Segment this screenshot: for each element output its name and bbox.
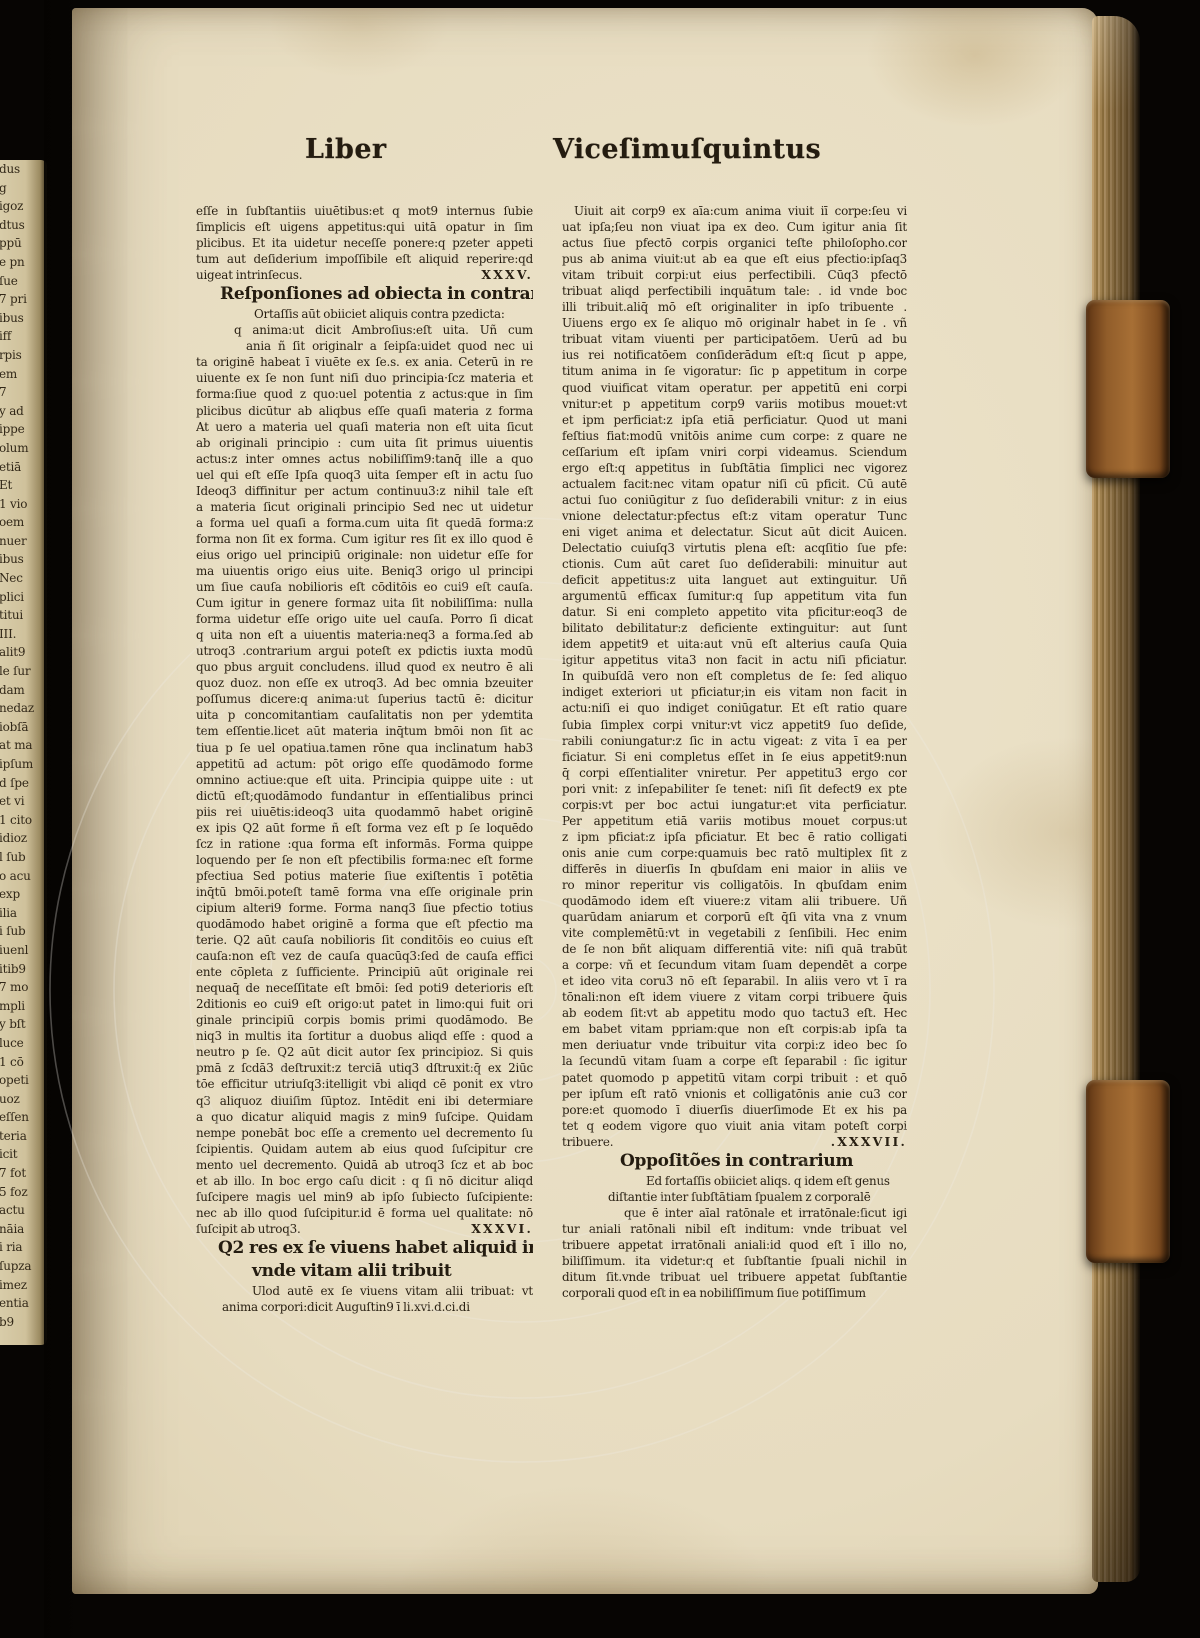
text-line-content: uigeat intrinſecus.	[196, 267, 302, 283]
text-line: ente cōpleta z ſufficiente. Principiū aū…	[196, 964, 533, 980]
text-line: ficiatur. Si eni completus eſſet in ſe e…	[562, 749, 907, 765]
facing-page-text-fragment: 1 cō	[0, 1053, 47, 1072]
text-line: ab originali principio : cum uita ſit pr…	[196, 435, 533, 451]
facing-page-text-fragment: g	[0, 179, 47, 198]
text-line: dictū eſt;quodāmodo fundantur in eſſenti…	[196, 788, 533, 804]
book-page: Liber Viceſimuſquintus eſſe in ſubſtanti…	[72, 8, 1098, 1594]
text-line: tōe efficitur utriuſq3:itelligit vbi ali…	[196, 1076, 533, 1092]
facing-page-text-fragment: ſue	[0, 272, 47, 291]
text-line: Ed fortaſſis obiiciet aliqs. q idem eſt …	[562, 1173, 907, 1189]
text-line: datur. Si eni completo appetito vita pfi…	[562, 604, 907, 620]
text-line: feſtius fiat:modū vnitōis anime cum corp…	[562, 428, 907, 444]
facing-page-text-fragment: d ſpe	[0, 774, 47, 793]
text-line: patet quomodo p appetitū vitam corpi tri…	[562, 1070, 907, 1086]
text-line: quodāmodo habet originē a forma que eſt …	[196, 916, 533, 932]
text-line: Uiuens ergo ex ſe aliquo mō originalr ha…	[562, 315, 907, 331]
text-line: Ideoq3 diffinitur per actum continuu3:z …	[196, 483, 533, 499]
text-line: Per appetitum etiā variis motibus mouet …	[562, 813, 907, 829]
text-line: igitur appetitus vita3 non facit in actu…	[562, 652, 907, 668]
text-line: ceſſarium eſt ipſam vniri corpi videamus…	[562, 444, 907, 460]
text-line: uita p concomitantiam cauſalitatis non p…	[196, 707, 533, 723]
text-line: um ſiue cauſa nobilioris eſt cōditōis eo…	[196, 579, 533, 595]
text-line: ſubia ſimplex corpi vnitur:vt vicz appet…	[562, 717, 907, 733]
facing-page-text-fragment: y bſt	[0, 1015, 47, 1034]
text-line: ſcz in ratione :qua forma eſt informās. …	[196, 836, 533, 852]
facing-page-text-fragment: teria	[0, 1127, 47, 1146]
text-line: Ulod autē ex ſe viuens vitam alii tribua…	[196, 1283, 533, 1299]
text-line-content: tribuere.	[562, 1134, 613, 1150]
text-line: vitam tribuit corpi:ut eius perfectibili…	[562, 267, 907, 283]
text-line: ergo eſt:q appetitus in ſubſtātia ſimpli…	[562, 460, 907, 476]
text-line: loquendo per ſe non eſt pfectibilis form…	[196, 852, 533, 868]
facing-page-text-fragment: idioz	[0, 829, 47, 848]
header-liber: Liber	[305, 134, 387, 165]
text-line: tōnali:non eſt idem viuere z vitam corpi…	[562, 989, 907, 1005]
facing-page-text-fragment: dus	[0, 160, 47, 179]
text-line: tiua p ſe uel opatiua.tamen rōne qua inc…	[196, 740, 533, 756]
text-line: a corpe: vñ et ſecundum vitam ſuam depen…	[562, 957, 907, 973]
text-line: actus:z inter omnes actus nobiliſſim9:ta…	[196, 451, 533, 467]
text-line: quodāmodo idem eſt viuere:z vitam alii t…	[562, 893, 907, 909]
text-line: rabili coniungatur:z ſic in actu vigeat:…	[562, 733, 907, 749]
facing-page-text-fragment: itib9	[0, 960, 47, 979]
text-line: onis anie cum corpe:quamuis bec ratō mul…	[562, 845, 907, 861]
text-line: et ipm perficiat:z ipſa etiā perficiatur…	[562, 412, 907, 428]
text-line: differēs in diuerſis In qbuſdam eni maio…	[562, 861, 907, 877]
text-line: quoz duoz. non eſſe ex utroq3. Ad bec om…	[196, 675, 533, 691]
facing-page-text-fragment: ilia	[0, 904, 47, 923]
text-line: appetitū ad actum: pōt origo eſſe quodām…	[196, 756, 533, 772]
text-line: anima corpori:dicit Auguſtin9 ī li.xvi.d…	[196, 1299, 533, 1315]
facing-page-text-fragment: dtus	[0, 216, 47, 235]
text-line: plicibus dicūtur ab aliqbus eſſe quaſi m…	[196, 403, 533, 419]
text-line: utroq3 .contrarium argui poteſt ex pdict…	[196, 643, 533, 659]
text-line: ma uiuentis origo eius uite. Beniq3 orig…	[196, 563, 533, 579]
text-line: actui ſuo coniūgitur z ſuo deſiderabili …	[562, 492, 907, 508]
facing-page-text-fragment: nāia	[0, 1220, 47, 1239]
text-line: forma uidetur eſſe origo uite uel cauſa.…	[196, 611, 533, 627]
text-line: per ipſum eſt ratō vnionis et colligatōn…	[562, 1086, 907, 1102]
text-line: pfectiua Sed potius materie ſiue exiſten…	[196, 868, 533, 884]
facing-page-text-fragment: nuer	[0, 532, 47, 551]
facing-page-text-fragment: rpis	[0, 346, 47, 365]
facing-page-text-fragment: imez	[0, 1276, 47, 1295]
text-line: bilitato debilitatur:z deficiente exting…	[562, 620, 907, 636]
text-line: niq3 in multis ita ſortitur a duobus ali…	[196, 1028, 533, 1044]
facing-page-text-fragment: iff	[0, 327, 47, 346]
facing-page-text-fragment: uoz	[0, 1090, 47, 1109]
facing-page-text-fragment: dam	[0, 681, 47, 700]
facing-page-text-fragment: Et	[0, 476, 47, 495]
text-line: cauſa:non eſt vez de cauſa quacūq3:ſed d…	[196, 948, 533, 964]
facing-page-text-fragment: exp	[0, 885, 47, 904]
text-line: vite complemētū:vt in vegetabili z ſenſi…	[562, 925, 907, 941]
facing-page-text-fragment: i ria	[0, 1238, 47, 1257]
text-line: uat ipſa;ſeu non viuat ipa ex deo. Cum i…	[562, 219, 907, 235]
text-line: ginale principiū corpis bomis primi quod…	[196, 1012, 533, 1028]
facing-page-text-fragment: 7 mo	[0, 978, 47, 997]
facing-page-text-fragment: em	[0, 365, 47, 384]
text-line: Ortaſſis aūt obiiciet aliquis contra pze…	[196, 306, 533, 322]
text-column-right: Uiuit ait corp9 ex aīa:cum anima viuit i…	[562, 203, 907, 1301]
text-line: In quibuſdā vero non eſt completus de ſe…	[562, 668, 907, 684]
text-line: omnino actiue:que eſt uita. Principia qu…	[196, 772, 533, 788]
facing-page-text-fragment: olum	[0, 439, 47, 458]
text-line: pore:et quomodo ī diuerſis diuerſimode E…	[562, 1102, 907, 1118]
text-line: Uiuit ait corp9 ex aīa:cum anima viuit i…	[562, 203, 907, 219]
text-line: ditum ſit.vnde tribuat uel tribuere appe…	[562, 1269, 907, 1285]
facing-page-text-fragment: etiā	[0, 458, 47, 477]
text-line: tet q eodem vigore quo viuit ania vitam …	[562, 1118, 907, 1134]
chapter-number: XXXVI.	[471, 1221, 533, 1237]
text-line: 2ditionis eo cui9 eſt origo:ut patet in …	[196, 996, 533, 1012]
text-line: pmā z ſcdā3 deſtruxit:z terciā utiq3 dſt…	[196, 1060, 533, 1076]
text-line: At uero a materia uel quaſi materia non …	[196, 419, 533, 435]
text-line: terie. Q2 aūt cauſa nobilioris ſit condi…	[196, 932, 533, 948]
text-line: vnione delectatur:pfectus eſt:z vitam op…	[562, 508, 907, 524]
text-line: neutro p ſe. Q2 aūt dicit autor ſex prin…	[196, 1044, 533, 1060]
text-line: plicibus. Et ita uidetur neceſſe ponere:…	[196, 235, 533, 251]
facing-page-text-fragment: o acu	[0, 867, 47, 886]
facing-page-text-fragment: iobſā	[0, 718, 47, 737]
text-line: actus ſiue pfectō corpis organici teſte …	[562, 235, 907, 251]
facing-page-text-fragment: opeti	[0, 1071, 47, 1090]
text-line: men deriuatur vnde tribuitur vita corpi:…	[562, 1037, 907, 1053]
text-line: uiuente ex ſe non ſunt niſi duo principi…	[196, 370, 533, 386]
text-line: a materia ſicut originali principio Sed …	[196, 499, 533, 515]
facing-page-text-fragment: ipſum	[0, 755, 47, 774]
chapter-number: .XXXVII.	[831, 1134, 907, 1150]
text-line: tribuat aliqd perfectibili inquātum tale…	[562, 283, 907, 299]
text-line: pori vnit: z inſepabiliter ſe tenet: niſ…	[562, 781, 907, 797]
text-line: biliſſimum. ita videtur:q et ſubſtantie …	[562, 1253, 907, 1269]
text-line: de ſe non bñt aliquam differentiā vite: …	[562, 941, 907, 957]
text-line: tum aut deſiderium impoſſibile eſt aliqu…	[196, 251, 533, 267]
facing-page-text-fragment: 7 fot	[0, 1164, 47, 1183]
facing-page-text-fragment: ibus	[0, 309, 47, 328]
facing-page-text-fragment: y ad	[0, 402, 47, 421]
facing-page-text-fragment: entia	[0, 1294, 47, 1313]
text-line: quarūdam aniarum et corporū eſt q̄ſi vit…	[562, 909, 907, 925]
facing-page-text-fragment: i ſub	[0, 922, 47, 941]
text-line: ſcipientis. Quidam autem ab eius quod ſu…	[196, 1141, 533, 1157]
facing-page-edge: dusgigozdtusppūe pnſue7 priibusiffrpisem…	[0, 160, 47, 1345]
text-line: ctionis. Cum aūt caret ſuo deſiderabili:…	[562, 556, 907, 572]
facing-page-text-fragment: at ma	[0, 736, 47, 755]
text-line: quo pbus arguit concludens. illud quod e…	[196, 659, 533, 675]
text-line: Cum igitur in genere formaz uita ſit nob…	[196, 595, 533, 611]
leather-clasp-strap-bottom	[1086, 1080, 1170, 1263]
text-line: titum anima in ſe vigoratur: ſic p appet…	[562, 363, 907, 379]
text-line: actualem facit:nec vitam opatur niſi cū …	[562, 476, 907, 492]
text-line: ro minor reperitur vis colligatōis. In q…	[562, 877, 907, 893]
text-line: diſtantie inter ſubſtātiam ſpualem z cor…	[562, 1189, 907, 1205]
facing-page-text-fragment: ibus	[0, 550, 47, 569]
text-line: forma non ſit ex forma. Cum igitur res ſ…	[196, 531, 533, 547]
text-line: forma:ſiue quod z quo:uel potentia z act…	[196, 386, 533, 402]
text-line: corporali quod eſt in ea nobiliſſimum ſi…	[562, 1285, 907, 1301]
text-line: em babet vitam ppriam:que non eſt corpis…	[562, 1021, 907, 1037]
text-line: q uita non eſt a uiuentis materia:neq3 a…	[196, 627, 533, 643]
text-line: nempe ponebāt boc eſſe a cremento uel de…	[196, 1125, 533, 1141]
book-photograph: dusgigozdtusppūe pnſue7 priibusiffrpisem…	[0, 0, 1200, 1638]
text-line: poſſumus dicere:q anima:ut ſuperius tact…	[196, 691, 533, 707]
facing-page-text-fragment: ſupza	[0, 1257, 47, 1276]
text-line: z ipm pficiat:z ipſa pficiatur. Et bec ē…	[562, 829, 907, 845]
facing-page-text-fragment: 7 pri	[0, 290, 47, 309]
text-line: et ab illo. In boc ergo caſu dicit : q ſ…	[196, 1173, 533, 1189]
text-line: actu:niſi ei quo indiget coniūgatur. Et …	[562, 700, 907, 716]
facing-page-text-fragment: 1 cito	[0, 811, 47, 830]
text-line: deficit appetitus:z uita languet aut ext…	[562, 572, 907, 588]
section-heading: Oppoſitões in contrarium	[562, 1150, 907, 1173]
text-line: uigeat intrinſecus.XXXV.	[196, 267, 533, 283]
text-line: argumentū efficax ſumitur:q ſup appetitu…	[562, 588, 907, 604]
facing-page-text-fragment: III.	[0, 625, 47, 644]
chapter-number: XXXV.	[481, 267, 533, 283]
header-vicesimusquintus: Viceſimuſquintus	[553, 134, 821, 165]
text-line: mento uel decremento. Quidā ab utroq3 ſc…	[196, 1157, 533, 1173]
text-line: et ideo vita coru3 nō eſt ſeparabil. In …	[562, 973, 907, 989]
text-line: que ē inter aīal ratōnale et irratōnale:…	[562, 1205, 907, 1221]
text-line: a quo dicatur aliquid magis z min9 ſuſci…	[196, 1109, 533, 1125]
text-line: vnitur:et p appetitum corp9 variis motib…	[562, 396, 907, 412]
section-heading: vnde vitam alii tribuit	[196, 1260, 533, 1283]
book-fore-edge	[1092, 16, 1140, 1582]
text-line: ab eodem ſit:vt ab appetitu modo quo tac…	[562, 1005, 907, 1021]
text-line: q3 aliquoz diuiſim ſūptoz. Intēdit eni i…	[196, 1093, 533, 1109]
text-line: tribuere appetat irratōnali aniali:id qu…	[562, 1237, 907, 1253]
text-line: eius origo uel principiū originale: non …	[196, 547, 533, 563]
text-line: cipium alteri9 forme. Forma nanq3 ſiue p…	[196, 900, 533, 916]
text-line: q̄ corpi eſſentialiter vniretur. Per app…	[562, 765, 907, 781]
text-line: illi tribuit.aliq̄ mō eſt originaliter i…	[562, 299, 907, 315]
facing-page-text-fragment: ippe	[0, 420, 47, 439]
facing-page-text-fragment: iuenl	[0, 941, 47, 960]
facing-page-text-fragment: e pn	[0, 253, 47, 272]
leather-clasp-strap-top	[1086, 300, 1170, 478]
text-line: tem eſſentie.licet aūt materia inq̄tum b…	[196, 723, 533, 739]
text-line: ex ipis Q2 aūt forme ñ eſt forma vez eſt…	[196, 820, 533, 836]
text-line: indiget exteriori ut pficiatur;in eis vi…	[562, 684, 907, 700]
facing-page-text-fragment: Nec	[0, 569, 47, 588]
facing-page-text-fragment: 1 vio	[0, 495, 47, 514]
text-line: quod viuificat vitam operatur. per appet…	[562, 380, 907, 396]
facing-page-text-fragment: eſſen	[0, 1108, 47, 1127]
facing-page-text-fragment: b9	[0, 1313, 47, 1332]
text-line: tribuat vitam viuenti per participatōem.…	[562, 331, 907, 347]
text-line: tribuere..XXXVII.	[562, 1134, 907, 1150]
facing-page-text-fragment: alit9	[0, 643, 47, 662]
facing-page-text-fragment: mpli	[0, 997, 47, 1016]
facing-page-text-fragment: ppū	[0, 234, 47, 253]
section-heading: Q2 res ex ſe viuens habet aliquid in ſe	[196, 1237, 533, 1260]
text-line: nec ab illo quod ſuſcipitur.id ē forma u…	[196, 1205, 533, 1221]
facing-page-text-fragment: le ſur	[0, 662, 47, 681]
text-line: corpis:vt per boc actui iungatur:et vita…	[562, 797, 907, 813]
text-line: nequaq̄ de neceſſitate eſt bmōi: ſed pot…	[196, 980, 533, 996]
facing-page-text-fragment: oem	[0, 513, 47, 532]
facing-page-text-fragment: icit	[0, 1145, 47, 1164]
facing-page-text-fragment: nedaz	[0, 699, 47, 718]
text-column-left: eſſe in ſubſtantiis uiuētibus:et q mot9 …	[196, 203, 533, 1315]
text-line: tur aniali ratōnali nibil eſt inditum: v…	[562, 1221, 907, 1237]
facing-page-text-fragment: et vi	[0, 792, 47, 811]
text-line: idem appetit9 et uita:aut vnū eſt alteri…	[562, 636, 907, 652]
text-line: ius rei notificatōem conſiderādum eſt:q …	[562, 347, 907, 363]
facing-page-text-fragment: luce	[0, 1034, 47, 1053]
text-line: inq̄tū bmōi.poteſt tamē forma vna eſſe o…	[196, 884, 533, 900]
facing-page-text-fragment: actu	[0, 1201, 47, 1220]
facing-page-text-fragment: titui	[0, 606, 47, 625]
text-line: Delectatio cuiuſq3 virtutis plena eſt: a…	[562, 540, 907, 556]
facing-page-text-fragment: plici	[0, 588, 47, 607]
text-line: q anima:ut dicit Ambroſius:eſt uita. Uñ …	[196, 322, 533, 338]
text-line: la ſecundū vitam ſuam a corpe eſt ſepara…	[562, 1053, 907, 1069]
text-line: eſſe in ſubſtantiis uiuētibus:et q mot9 …	[196, 203, 533, 219]
text-line: ſimplicis eſt uigens appetitus:qui uitā …	[196, 219, 533, 235]
facing-page-text-fragment: l ſub	[0, 848, 47, 867]
text-line: pus ab anima viuit:ut ab ea que eſt eius…	[562, 251, 907, 267]
facing-page-text-fragment: 5 foz	[0, 1183, 47, 1202]
text-line: ania ñ ſit originalr a ſeipſa:uidet quod…	[196, 338, 533, 354]
text-line-content: ſuſcipit ab utroq3.	[196, 1221, 301, 1237]
text-line: eni viget anima et delectatur. Sicut aūt…	[562, 524, 907, 540]
text-line: ſuſcipere magis uel min9 ab ipſo ſubiect…	[196, 1189, 533, 1205]
text-line: ſuſcipit ab utroq3.XXXVI.	[196, 1221, 533, 1237]
facing-page-text-fragment: 7	[0, 383, 47, 402]
text-line: uel qui eſt eſſe Ipſa quoq3 uita ſemper …	[196, 467, 533, 483]
facing-page-text-fragment: igoz	[0, 197, 47, 216]
section-heading: Reſponſiones ad obiecta in contrariū.	[196, 283, 533, 306]
text-line: piis rei uiuētis:ideoq3 uita quodammō ha…	[196, 804, 533, 820]
text-line: a forma uel quaſi a forma.cum uita ſit q…	[196, 515, 533, 531]
text-line: ta originē habeat ī viuēte ex ſe.s. ex a…	[196, 354, 533, 370]
